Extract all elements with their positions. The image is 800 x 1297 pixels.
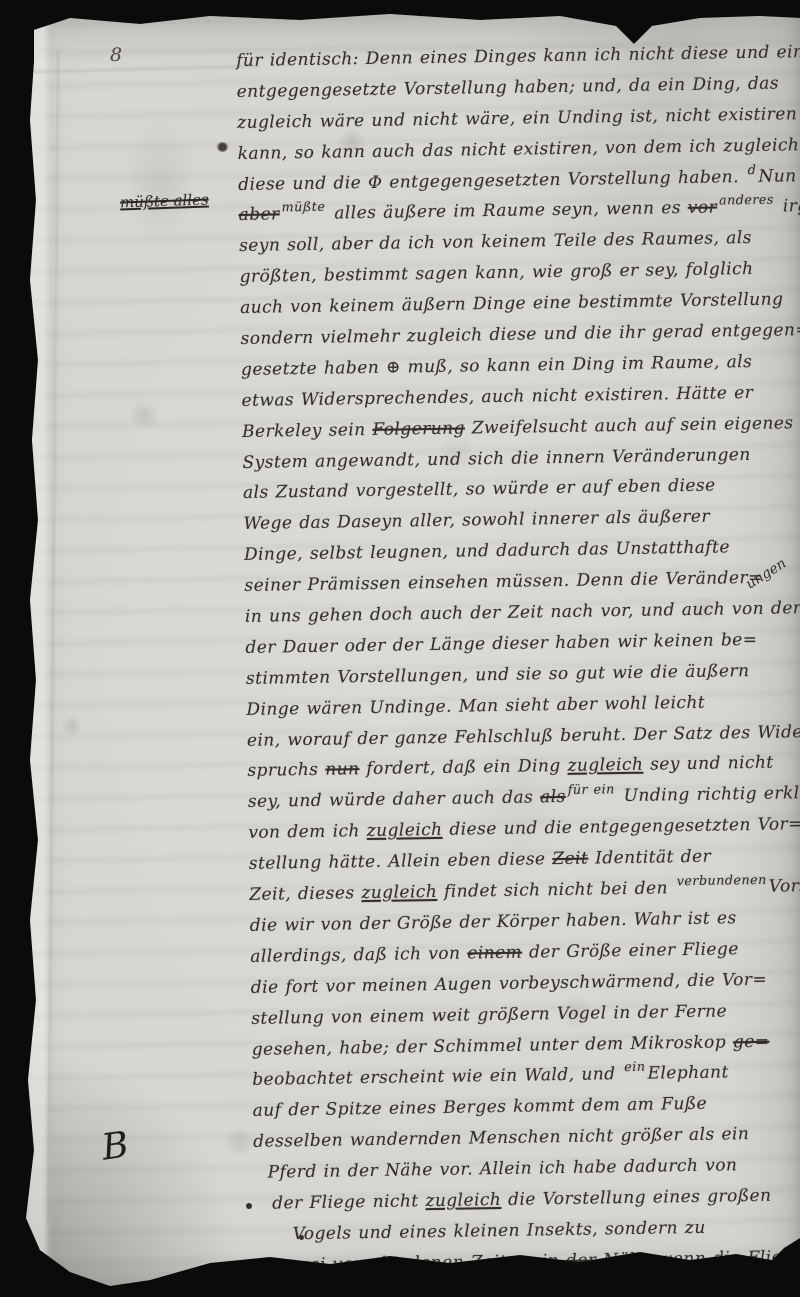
text-segment: Identität der — [588, 847, 711, 869]
text-segment: stimmten Vorstellungen, und sie so gut w… — [246, 661, 750, 689]
text-segment: der Größe einer Fliege — [522, 939, 739, 962]
text-segment: beobachtet erscheint wie ein Wald, und — [252, 1064, 622, 1090]
text-segment: auf der Spitze eines Berges kommt dem am… — [253, 1094, 708, 1121]
text-segment: sey und nicht — [643, 753, 774, 775]
text-segment: zugleich — [367, 820, 443, 841]
text-segment: einem — [467, 942, 522, 963]
text-segment: irgendwo — [776, 196, 800, 217]
text-segment: zwei verschiedenen Zeiten: — [285, 1251, 542, 1275]
text-segment: Dinge wären Undinge. Man sieht aber wohl… — [246, 692, 705, 719]
ink-dot — [246, 1203, 252, 1209]
text-segment: ein, worauf der ganze Fehlschluß beruht.… — [247, 721, 800, 750]
text-segment: kann, so kann auch das nicht existiren, … — [238, 135, 800, 164]
text-segment: fordert, daß ein Ding — [359, 756, 567, 779]
text-segment: größten, bestimmt sagen kann, wie groß e… — [239, 259, 753, 287]
text-segment: ge= — [733, 1031, 770, 1052]
text-segment: von dem ich — [248, 821, 367, 843]
text-segment: Vogels und eines kleinen Insekts, sonder… — [293, 1218, 706, 1244]
text-segment: als Zustand vorgestellt, so würde er auf… — [243, 476, 716, 503]
text-segment: zugleich — [425, 1190, 501, 1211]
text-segment: als — [540, 787, 566, 807]
text-segment: die Vorstellung eines großen — [501, 1186, 772, 1210]
text-segment: seiner Prämissen einsehen müssen. Denn d… — [244, 568, 763, 596]
text-segment: für identisch: Denn eines Dinges kann ic… — [236, 42, 800, 71]
text-segment: d — [747, 156, 756, 187]
text-segment: der Dauer oder der Länge dieser haben wi… — [245, 630, 757, 658]
text-segment: wenn die Fliege — [651, 1247, 800, 1269]
text-segment: Vorstellungen — [769, 875, 800, 897]
text-segment: in uns gehen doch auch der Zeit nach vor… — [245, 598, 800, 627]
text-segment: nun — [325, 760, 360, 781]
text-segment: zugleich wäre und nicht wäre, ein Unding… — [237, 104, 797, 133]
text-segment: Folgerung — [372, 418, 465, 439]
text-segment: stellung von einem weit größern Vogel in… — [251, 1001, 727, 1028]
text-segment: Wege das Daseyn aller, sowohl innerer al… — [243, 507, 710, 534]
text-segment: entgegengesetzte Vorstellung haben; und,… — [237, 73, 780, 102]
text-segment: Nun — [758, 166, 796, 187]
text-segment: gesetzte haben ⊕ muß, so kann ein Ding i… — [241, 352, 753, 380]
text-segment: etwas Widersprechendes, auch nicht exist… — [241, 383, 753, 411]
margin-correction-note: müßte alles — [120, 190, 209, 211]
corner-pencil-mark: 15 — [11, 1248, 30, 1266]
text-segment: ein — [624, 1053, 646, 1084]
text-segment: die fort vor meinen Augen vorbeyschwärme… — [251, 969, 768, 997]
manuscript-scan: 8 müßte alles für identisch: Denn eines … — [0, 0, 800, 1297]
text-segment: aber — [239, 205, 280, 226]
text-segment: zugleich — [361, 882, 437, 903]
paper-sheet: 8 müßte alles für identisch: Denn eines … — [0, 0, 800, 1297]
ink-blot — [216, 142, 229, 152]
text-segment: desselben wandernden Menschen nicht größ… — [253, 1124, 749, 1152]
text-segment: sondern vielmehr zugleich diese und die … — [240, 320, 800, 349]
text-segment: Berkeley sein — [242, 420, 373, 442]
text-segment: Elephant — [647, 1063, 729, 1084]
text-segment: auch von keinem äußern Dinge eine bestim… — [240, 290, 784, 319]
text-segment: vor — [688, 198, 718, 218]
text-segment: müßte — [281, 193, 325, 225]
text-segment: Zeit, dieses — [249, 883, 361, 905]
text-segment: der Fliege nicht — [272, 1191, 426, 1213]
text-segment: Unding richtig erklären, — [617, 783, 800, 807]
text-segment: verbundenen — [676, 866, 767, 898]
text-segment: die wir von der Größe der Körper haben. … — [250, 908, 737, 936]
text-segment: gesehen, habe; der Schimmel unter dem Mi… — [252, 1032, 734, 1060]
text-segment: anderes — [719, 186, 774, 218]
text-segment: findet sich nicht bei den — [437, 878, 675, 902]
text-segment: für ein — [567, 776, 615, 808]
text-segment: alles äußere im Raume seyn, wenn es — [327, 198, 688, 224]
text-segment: seyn soll, aber da ich von keinem Teile … — [239, 228, 752, 256]
text-segment: Pferd in der Nähe vor. Allein ich habe d… — [268, 1155, 738, 1182]
ink-dot — [299, 1235, 304, 1240]
text-segment: spruchs — [247, 760, 325, 781]
text-segment: Zweifelsucht auch auf sein eigenes — [465, 413, 794, 438]
top-left-crease — [30, 65, 260, 73]
vertical-crease — [47, 50, 59, 1227]
text-segment: sey, und würde daher auch das — [248, 788, 541, 813]
page-number: 8 — [110, 44, 122, 66]
gathering-mark: B — [99, 1124, 131, 1168]
text-segment: System angewandt, und sich die innern Ve… — [242, 445, 751, 473]
text-segment: allerdings, daß ich von — [250, 943, 467, 966]
text-segment: zugleich — [567, 755, 643, 776]
text-segment: Zeit — [552, 849, 588, 870]
text-segment: in der Nähe — [542, 1249, 652, 1271]
torn-edge-highlight — [25, 14, 47, 1267]
manuscript-text-block: für identisch: Denn eines Dinges kann ic… — [236, 37, 800, 1281]
text-segment: diese und die entgegengesetzten Vor= — [442, 814, 800, 840]
text-segment: stellung hätte. Allein eben diese — [249, 849, 553, 874]
text-segment: Dinge, selbst leugnen, und dadurch das U… — [244, 538, 730, 566]
text-segment: diese und die Φ entgegengesetzten Vorste… — [238, 167, 746, 195]
